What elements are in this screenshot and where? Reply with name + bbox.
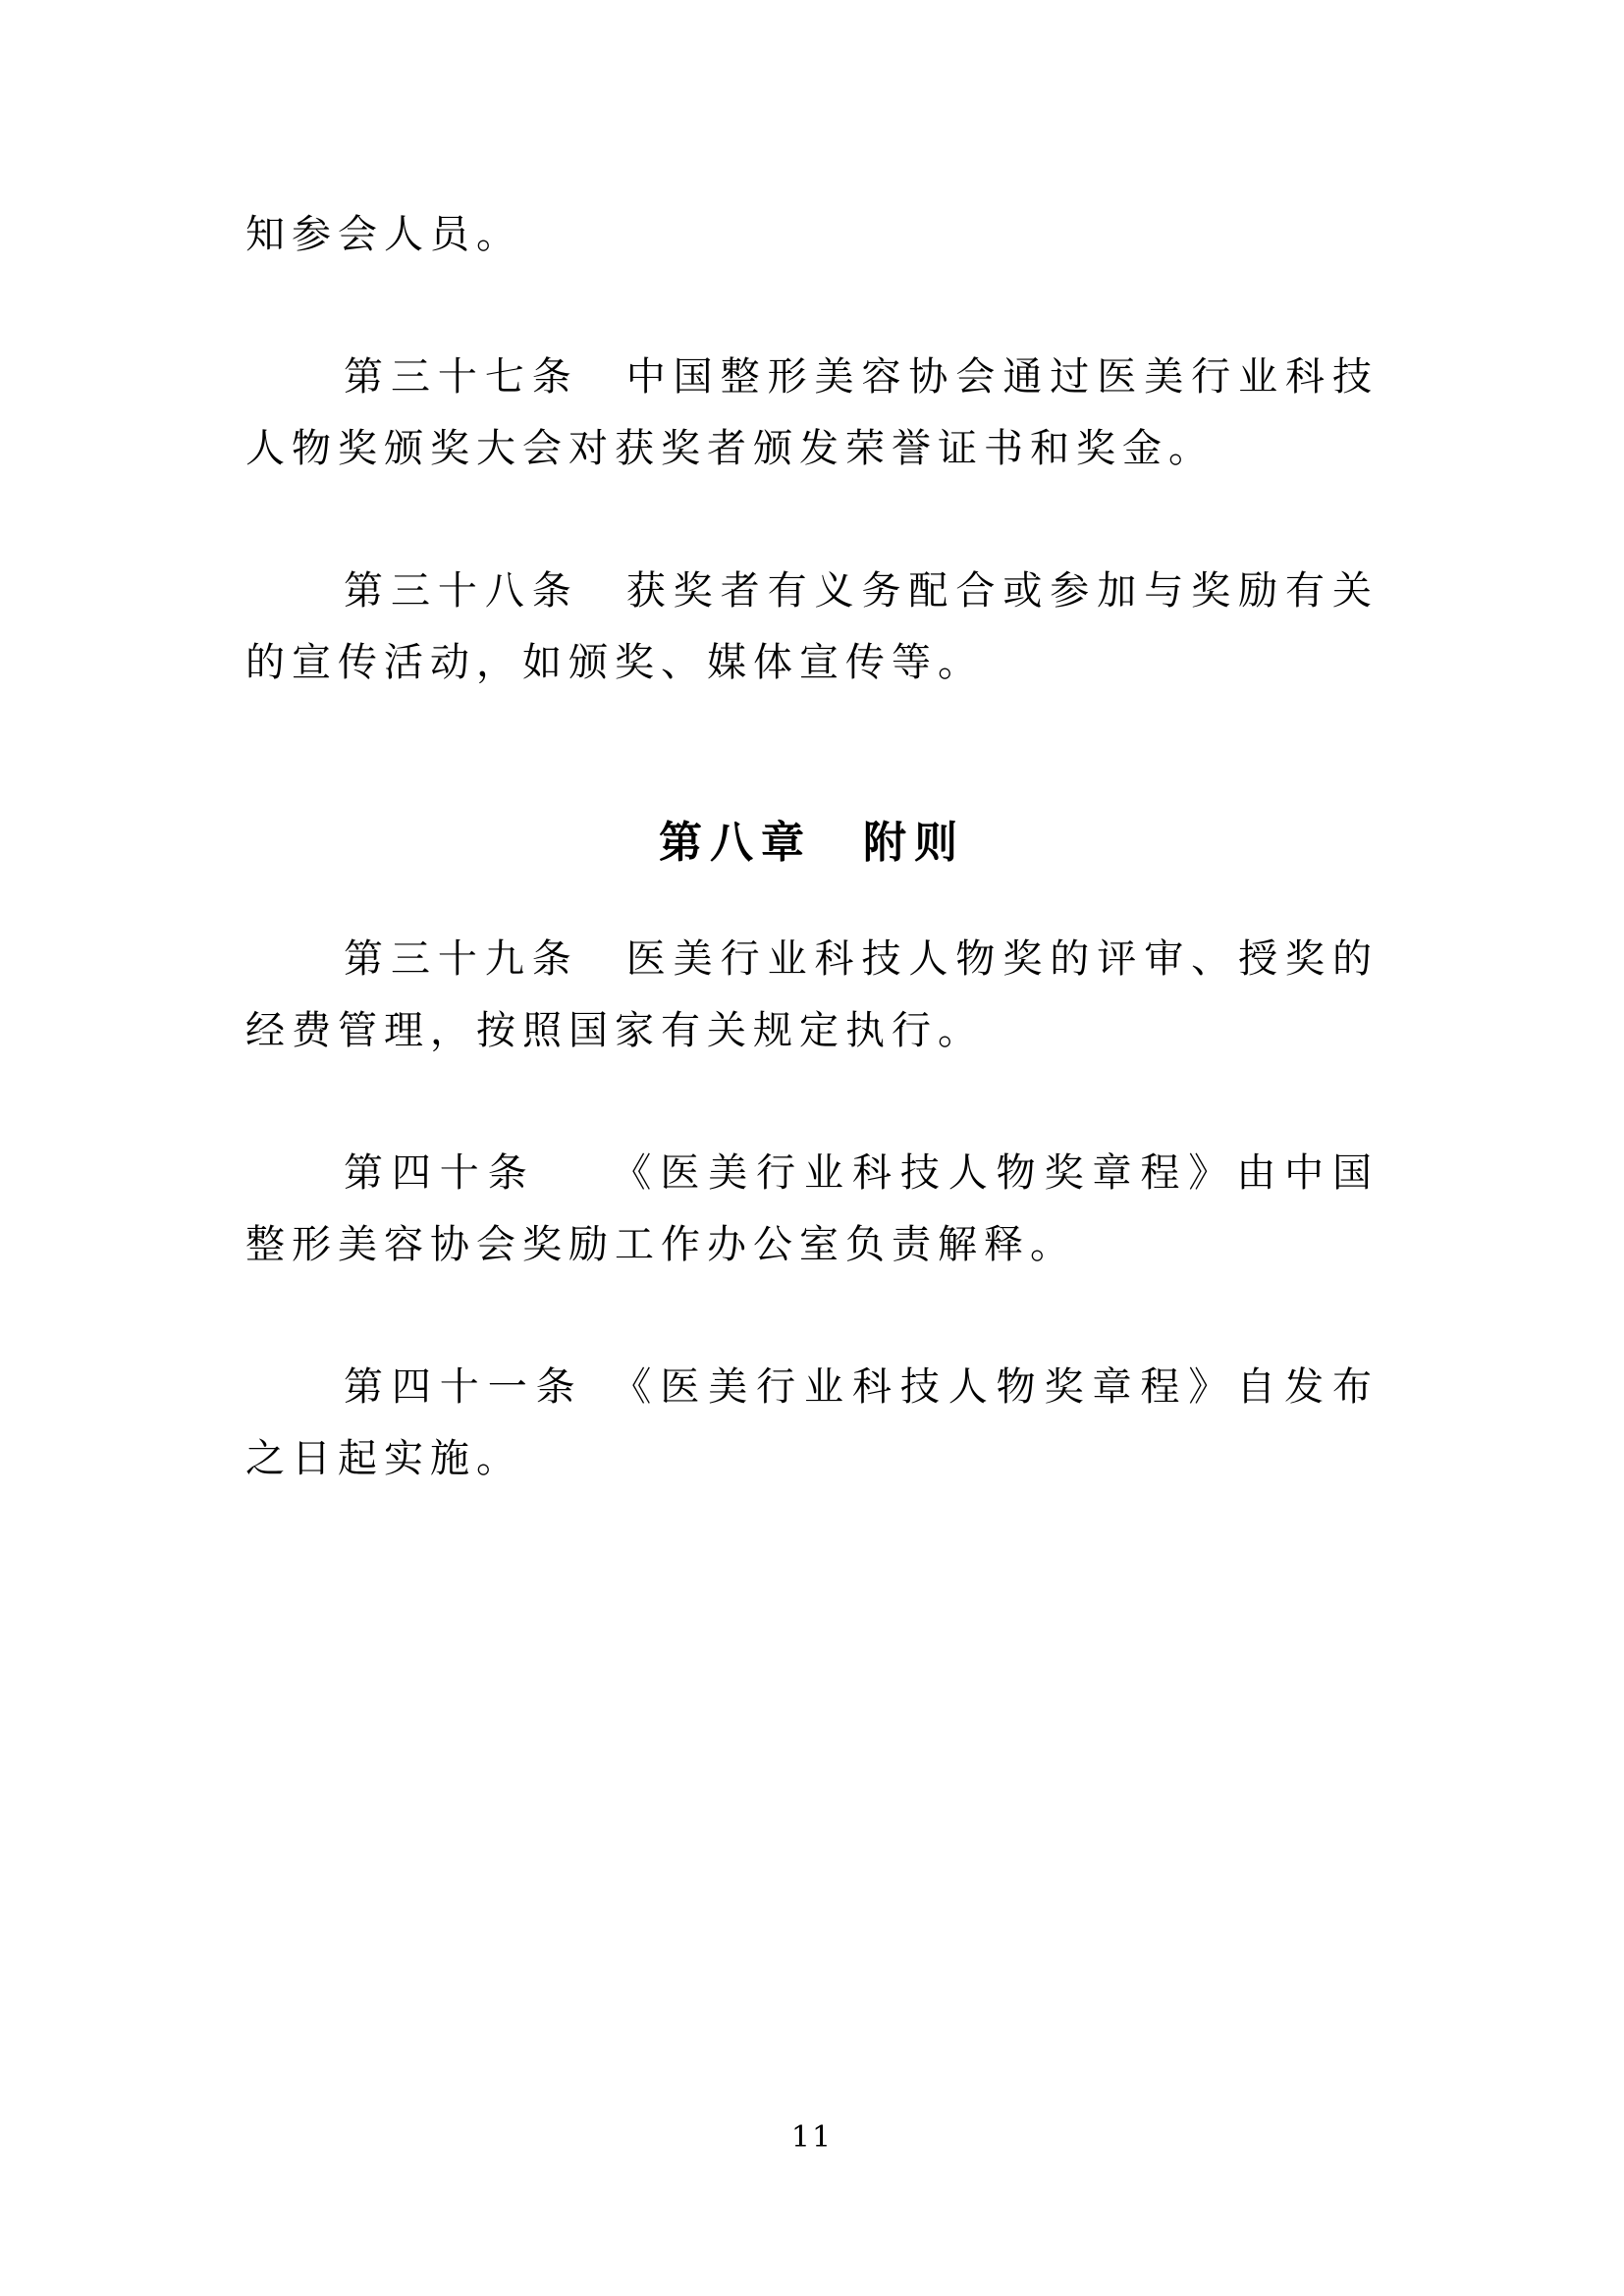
article-40-paragraph: 第四十条 《医美行业科技人物奖章程》由中国整形美容协会奖励工作办公室负责解释。 (245, 1138, 1379, 1281)
article-38-paragraph: 第三十八条 获奖者有义务配合或参加与奖励有关的宣传活动，如颁奖、媒体宣传等。 (245, 556, 1379, 699)
article-37-paragraph: 第三十七条 中国整形美容协会通过医美行业科技人物奖颁奖大会对获奖者颁发荣誉证书和… (245, 342, 1379, 485)
continuation-paragraph: 知参会人员。 (245, 199, 1379, 271)
document-body: 知参会人员。 第三十七条 中国整形美容协会通过医美行业科技人物奖颁奖大会对获奖者… (245, 199, 1379, 1566)
chapter-8-heading: 第八章 附则 (245, 804, 1379, 882)
article-41-paragraph: 第四十一条 《医美行业科技人物奖章程》自发布之日起实施。 (245, 1352, 1379, 1495)
document-page: 知参会人员。 第三十七条 中国整形美容协会通过医美行业科技人物奖颁奖大会对获奖者… (0, 0, 1624, 2296)
article-39-paragraph: 第三十九条 医美行业科技人物奖的评审、授奖的经费管理，按照国家有关规定执行。 (245, 924, 1379, 1067)
page-number: 11 (0, 2120, 1624, 2155)
